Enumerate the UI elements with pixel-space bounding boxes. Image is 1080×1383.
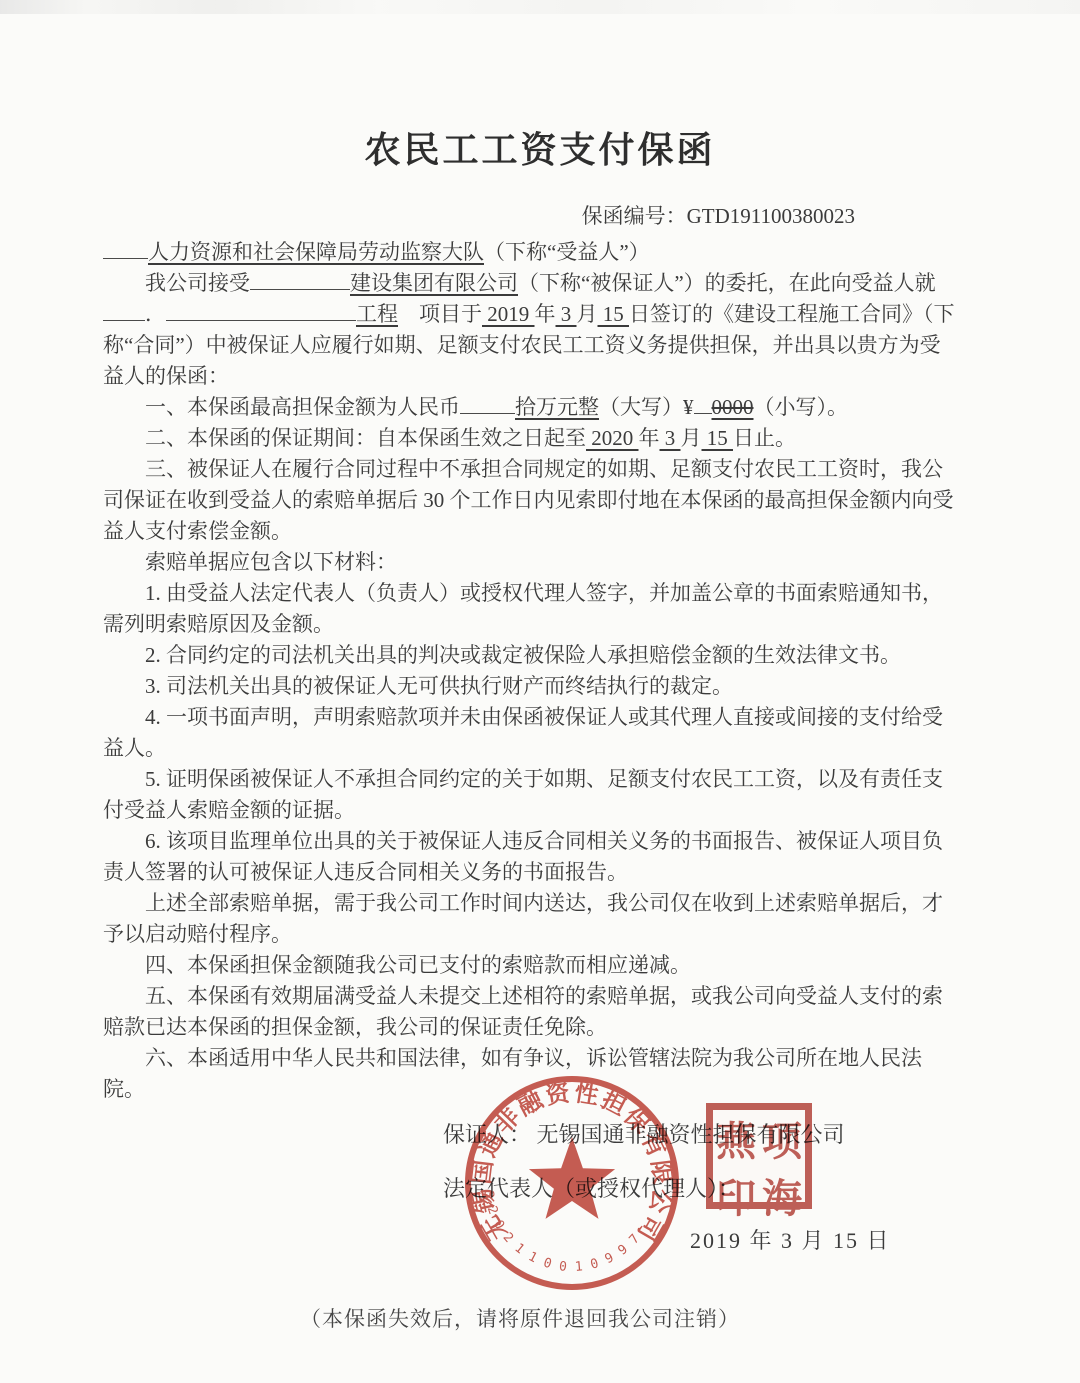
body-text: 2. 合同约定的司法机关出具的判决或裁定被保险人承担赔偿金额的生效法律文书。 [145,643,901,667]
filled-in-text: 建设集团有限公司 [350,271,518,295]
body-text: 年 [535,302,556,326]
document-body: 人力资源和社会保障局劳动监察大队（下称“受益人”）我公司接受建设集团有限公司（下… [103,237,960,1105]
document-paragraph: 3. 司法机关出具的被保证人无可供执行财产而终结执行的裁定。 [103,671,960,702]
body-text: 三、被保证人在履行合同过程中不承担合同规定的如期、足额支付农民工工资时，我公司保… [103,457,954,543]
document-paragraph: 二、本保函的保证期间：自本保函生效之日起至 2020 年 3 月 15 日止。 [103,423,960,454]
document-paragraph: 五、本保函有效期届满受益人未提交上述相符的索赔单据，或我公司向受益人支付的索赔款… [103,981,960,1043]
body-text: 项目于 [398,302,482,326]
filled-in-text: 拾万元整 [515,395,599,419]
body-text: ． [145,302,166,326]
body-text: 二、本保函的保证期间：自本保函生效之日起至 [145,426,586,450]
filled-in-text: 2020 [586,426,639,450]
document-paragraph: 上述全部索赔单据，需于我公司工作时间内送达，我公司仅在收到上述索赔单据后，才予以… [103,888,960,950]
scanned-document-page: 农民工工资支付保函 保函编号：GTD191100380023 人力资源和社会保障… [0,0,1080,1383]
footer-note: （本保函失效后，请将原件退回我公司注销） [300,1303,740,1333]
svg-text:1: 1 [511,1241,526,1258]
svg-text:0: 0 [589,1256,601,1273]
document-paragraph: 1. 由受益人法定代表人（负责人）或授权代理人签字，并加盖公章的书面索赔通知书，… [103,578,960,640]
svg-text:0: 0 [541,1256,553,1273]
document-paragraph: 三、被保证人在履行合同过程中不承担合同规定的如期、足额支付农民工工资时，我公司保… [103,454,960,547]
seal-character: 印 [713,1167,759,1224]
body-text: （小写）。 [754,395,849,419]
body-text: 5. 证明保函被保证人不承担合同约定的关于如期、足额支付农民工工资，以及有责任支… [103,767,943,822]
svg-text:公: 公 [644,1186,674,1215]
filled-in-text: 3 [556,302,577,326]
body-text: 月 [577,302,598,326]
seal-character: 燕 [713,1110,759,1167]
svg-text:9: 9 [603,1250,617,1267]
body-text: 四、本保函担保金额随我公司已支付的索赔款而相应递减。 [145,953,691,977]
svg-text:1: 1 [574,1259,583,1275]
ref-label: 保函编号： [582,204,687,228]
body-text: 我公司接受 [145,271,250,295]
body-text: 月 [681,426,702,450]
filled-in-text: 15 [598,302,630,326]
seal-character: 海 [759,1167,805,1224]
body-text: 4. 一项书面声明，声明索赔款项并未由保函被保证人或其代理人直接或间接的支付给受… [103,705,943,760]
svg-text:1: 1 [526,1249,540,1266]
document-paragraph: 2. 合同约定的司法机关出具的判决或裁定被保险人承担赔偿金额的生效法律文书。 [103,640,960,671]
filled-in-text: 人力资源和社会保障局劳动监察大队 [148,240,484,264]
body-text: 1. 由受益人法定代表人（负责人）或授权代理人签字，并加盖公章的书面索赔通知书，… [103,581,943,636]
filled-in-text: 0000 [712,395,754,419]
document-paragraph: 四、本保函担保金额随我公司已支付的索赔款而相应递减。 [103,950,960,981]
blank-underline [460,392,515,414]
document-paragraph: ．工程 项目于 2019 年 3 月 15 日签订的《建设工程施工合同》（下称“… [103,299,960,392]
blank-underline [103,299,145,321]
body-text: 一、本保函最高担保金额为人民币 [145,395,460,419]
body-text: （大写）¥ [599,395,694,419]
blank-underline [103,237,148,259]
filled-in-text: 3 [660,426,681,450]
company-round-seal-icon: 无锡国通非融资性担保有限公司 3202110010997 [455,1066,689,1300]
svg-text:限: 限 [646,1159,676,1186]
body-text: （下称“受益人”） [484,240,650,264]
signature-date: 2019 年 3 月 15 日 [690,1224,891,1255]
blank-underline [694,392,712,414]
filled-in-text: 2019 [482,302,535,326]
svg-text:9: 9 [615,1242,630,1259]
seal-character: 项 [759,1110,805,1167]
document-title: 农民工工资支付保函 [0,122,1080,173]
document-paragraph: 人力资源和社会保障局劳动监察大队（下称“受益人”） [103,237,960,268]
body-text: 6. 该项目监理单位出具的关于被保证人违反合同相关义务的书面报告、被保证人项目负… [103,829,943,884]
document-paragraph: 索赔单据应包含以下材料： [103,547,960,578]
document-paragraph: 6. 该项目监理单位出具的关于被保证人违反合同相关义务的书面报告、被保证人项目负… [103,826,960,888]
body-text: 3. 司法机关出具的被保证人无可供执行财产而终结执行的裁定。 [145,674,733,698]
star-icon [529,1137,615,1219]
body-text: 年 [639,426,660,450]
body-text: 索赔单据应包含以下材料： [145,550,397,574]
document-paragraph: 5. 证明保函被保证人不承担合同约定的关于如期、足额支付农民工工资，以及有责任支… [103,764,960,826]
svg-text:资: 资 [543,1078,572,1110]
body-text: （下称“被保证人”）的委托，在此向受益人就 [518,271,936,295]
document-paragraph: 一、本保函最高担保金额为人民币拾万元整（大写）¥0000（小写）。 [103,392,960,423]
body-text: 上述全部索赔单据，需于我公司工作时间内送达，我公司仅在收到上述索赔单据后，才予以… [103,891,943,946]
guarantee-ref-number: 保函编号：GTD191100380023 [582,200,855,230]
document-paragraph: 我公司接受建设集团有限公司（下称“被保证人”）的委托，在此向受益人就 [103,268,960,299]
ref-value: GTD191100380023 [687,204,855,228]
svg-text:国: 国 [468,1159,498,1186]
svg-text:性: 性 [572,1079,600,1109]
svg-text:0: 0 [558,1259,567,1275]
personal-square-seal-icon: 燕项印海 [706,1103,812,1209]
body-text: 日止。 [733,426,796,450]
scan-artifact-edge [0,0,1080,14]
filled-in-text: 15 [702,426,734,450]
filled-in-text: 工程 [356,302,398,326]
body-text: 五、本保函有效期届满受益人未提交上述相符的索赔单据，或我公司向受益人支付的索赔款… [103,984,943,1039]
blank-underline [250,268,350,290]
blank-underline [166,299,356,321]
document-paragraph: 4. 一项书面声明，声明索赔款项并未由保函被保证人或其代理人直接或间接的支付给受… [103,702,960,764]
